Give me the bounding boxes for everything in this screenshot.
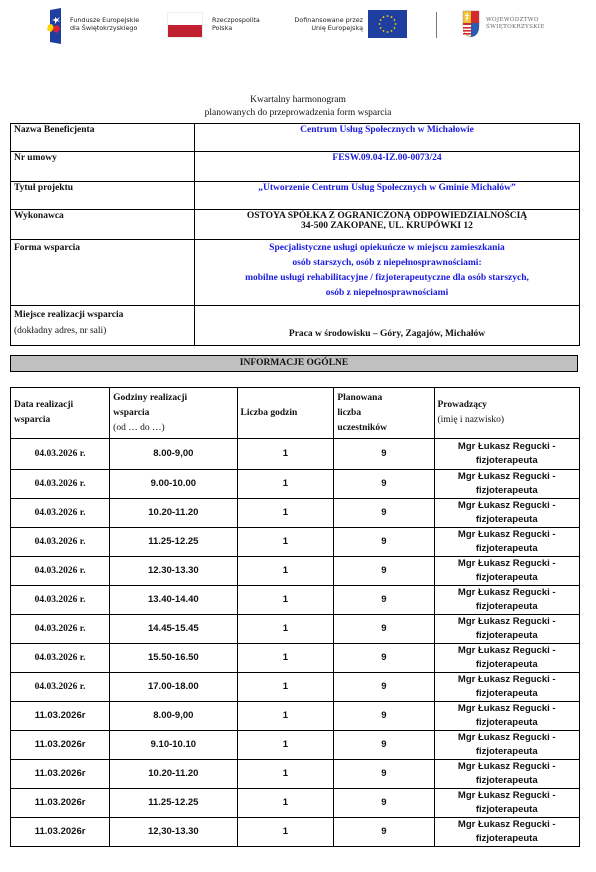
logo-line: ŚWIĘTOKRZYSKIE — [486, 24, 545, 31]
leader-line: Mgr Łukasz Regucki - — [437, 440, 578, 454]
header-line: (imię i nazwisko) — [438, 413, 577, 428]
info-row-contract: Nr umowy FESW.09.04-IZ.00-0073/24 — [11, 152, 580, 182]
participant-count: 9 — [334, 557, 434, 586]
title-line-1: Kwartalny harmonogram — [0, 94, 596, 107]
contractor: OSTOYA SPÓŁKA Z OGRANICZONĄ ODPOWIEDZIAL… — [195, 210, 580, 240]
session-date: 04.03.2026 r. — [11, 439, 110, 470]
session-hours: 12.30-13.30 — [110, 557, 237, 586]
leader-line: fizjoterapeuta — [437, 629, 578, 643]
leader-line: fizjoterapeuta — [437, 600, 578, 614]
session-date: 11.03.2026r — [11, 760, 110, 789]
leader-line: Mgr Łukasz Regucki - — [437, 586, 578, 600]
leader-line: fizjoterapeuta — [437, 484, 578, 498]
table-row: 04.03.2026 r.14.45-15.4519Mgr Łukasz Reg… — [11, 615, 580, 644]
session-leader: Mgr Łukasz Regucki -fizjoterapeuta — [434, 470, 580, 499]
session-leader: Mgr Łukasz Regucki -fizjoterapeuta — [434, 789, 580, 818]
session-leader: Mgr Łukasz Regucki -fizjoterapeuta — [434, 499, 580, 528]
header-line: Godziny realizacji — [113, 391, 233, 406]
participant-count: 9 — [334, 789, 434, 818]
header-line: uczestników — [337, 421, 430, 436]
leader-line: fizjoterapeuta — [437, 571, 578, 585]
session-leader: Mgr Łukasz Regucki -fizjoterapeuta — [434, 439, 580, 470]
contractor-address: 34-500 ZAKOPANE, UL. KRUPÓWKI 12 — [198, 221, 576, 231]
header-line: Planowana — [337, 391, 430, 406]
leader-line: Mgr Łukasz Regucki - — [437, 789, 578, 803]
leader-line: fizjoterapeuta — [437, 542, 578, 556]
table-row: 11.03.2026r9.10-10.1019Mgr Łukasz Reguck… — [11, 731, 580, 760]
logo-line: Dofinansowane przez — [283, 16, 363, 24]
leader-line: Mgr Łukasz Regucki - — [437, 528, 578, 542]
leader-line: Mgr Łukasz Regucki - — [437, 731, 578, 745]
session-hours: 15.50-16.50 — [110, 644, 237, 673]
participant-count: 9 — [334, 586, 434, 615]
session-leader: Mgr Łukasz Regucki -fizjoterapeuta — [434, 644, 580, 673]
header-participants: Planowana liczba uczestników — [334, 388, 434, 439]
participant-count: 9 — [334, 702, 434, 731]
hour-count: 1 — [237, 439, 334, 470]
leader-line: fizjoterapeuta — [437, 803, 578, 817]
fundusze-europejskie-text: Fundusze Europejskie dla Świętokrzyskieg… — [70, 16, 139, 32]
table-row: 04.03.2026 r.10.20-11.2019Mgr Łukasz Reg… — [11, 499, 580, 528]
session-date: 04.03.2026 r. — [11, 499, 110, 528]
participant-count: 9 — [334, 499, 434, 528]
header-line: Data realizacji — [14, 398, 106, 413]
header-leader: Prowadzący (imię i nazwisko) — [434, 388, 580, 439]
info-label: Nr umowy — [11, 152, 195, 182]
session-date: 11.03.2026r — [11, 789, 110, 818]
logo-divider — [436, 12, 437, 38]
info-label: Forma wsparcia — [11, 240, 195, 306]
logo-line: Rzeczpospolita — [212, 16, 260, 24]
wojewodztwo-text: WOJEWÓDZTWO ŚWIĘTOKRZYSKIE — [486, 17, 545, 31]
participant-count: 9 — [334, 673, 434, 702]
session-hours: 14.45-15.45 — [110, 615, 237, 644]
table-row: 04.03.2026 r.11.25-12.2519Mgr Łukasz Reg… — [11, 528, 580, 557]
hour-count: 1 — [237, 499, 334, 528]
section-general-info: INFORMACJE OGÓLNE — [10, 355, 578, 372]
hour-count: 1 — [237, 470, 334, 499]
participant-count: 9 — [334, 731, 434, 760]
header-line: wsparcia — [113, 406, 233, 421]
info-row-support-form: Forma wsparcia Specjalistyczne usługi op… — [11, 240, 580, 306]
participant-count: 9 — [334, 760, 434, 789]
session-hours: 8.00-9,00 — [110, 439, 237, 470]
logo-line: WOJEWÓDZTWO — [486, 17, 545, 24]
schedule-header-row: Data realizacji wsparcia Godziny realiza… — [11, 388, 580, 439]
session-date: 04.03.2026 r. — [11, 528, 110, 557]
info-label: Wykonawca — [11, 210, 195, 240]
session-date: 04.03.2026 r. — [11, 557, 110, 586]
hour-count: 1 — [237, 789, 334, 818]
table-row: 04.03.2026 r.13.40-14.4019Mgr Łukasz Reg… — [11, 586, 580, 615]
session-leader: Mgr Łukasz Regucki -fizjoterapeuta — [434, 586, 580, 615]
logo-line: Polska — [212, 24, 260, 32]
hour-count: 1 — [237, 760, 334, 789]
session-hours: 17.00-18.00 — [110, 673, 237, 702]
table-row: 04.03.2026 r.17.00-18.0019Mgr Łukasz Reg… — [11, 673, 580, 702]
session-leader: Mgr Łukasz Regucki -fizjoterapeuta — [434, 615, 580, 644]
support-form-line: osób z niepełnosprawnościami — [198, 286, 576, 301]
header-line: Liczba godzin — [241, 406, 331, 421]
info-row-beneficiary: Nazwa Beneficjenta Centrum Usług Społecz… — [11, 124, 580, 152]
session-date: 04.03.2026 r. — [11, 470, 110, 499]
schedule-body: 04.03.2026 r.8.00-9,0019Mgr Łukasz Reguc… — [11, 439, 580, 847]
session-date: 11.03.2026r — [11, 731, 110, 760]
participant-count: 9 — [334, 439, 434, 470]
participant-count: 9 — [334, 528, 434, 557]
table-row: 04.03.2026 r.8.00-9,0019Mgr Łukasz Reguc… — [11, 439, 580, 470]
header-line: (od … do …) — [113, 421, 233, 436]
session-date: 04.03.2026 r. — [11, 615, 110, 644]
session-hours: 12,30-13.30 — [110, 818, 237, 847]
session-hours: 10.20-11.20 — [110, 499, 237, 528]
hour-count: 1 — [237, 557, 334, 586]
session-date: 04.03.2026 r. — [11, 644, 110, 673]
title-line-2: planowanych do przeprowadzenia form wspa… — [0, 107, 596, 120]
table-row: 04.03.2026 r.12.30-13.3019Mgr Łukasz Reg… — [11, 557, 580, 586]
session-leader: Mgr Łukasz Regucki -fizjoterapeuta — [434, 818, 580, 847]
session-date: 04.03.2026 r. — [11, 586, 110, 615]
leader-line: Mgr Łukasz Regucki - — [437, 499, 578, 513]
logo-bar: Fundusze Europejskie dla Świętokrzyskieg… — [0, 0, 596, 48]
table-row: 11.03.2026r11.25-12.2519Mgr Łukasz Reguc… — [11, 789, 580, 818]
header-hours: Godziny realizacji wsparcia (od … do …) — [110, 388, 237, 439]
schedule-table: Data realizacji wsparcia Godziny realiza… — [10, 387, 580, 847]
logo-line: Fundusze Europejskie — [70, 16, 139, 24]
hour-count: 1 — [237, 644, 334, 673]
fundusze-europejskie-logo-icon — [47, 8, 63, 44]
project-title: „Utworzenie Centrum Usług Społecznych w … — [195, 182, 580, 210]
leader-line: Mgr Łukasz Regucki - — [437, 644, 578, 658]
session-leader: Mgr Łukasz Regucki -fizjoterapeuta — [434, 760, 580, 789]
beneficiary-name: Centrum Usług Społecznych w Michałowie — [195, 124, 580, 152]
table-row: 11.03.2026r8.00-9,0019Mgr Łukasz Regucki… — [11, 702, 580, 731]
info-row-location: Miejsce realizacji wsparcia (dokładny ad… — [11, 306, 580, 346]
leader-line: fizjoterapeuta — [437, 687, 578, 701]
support-form: Specjalistyczne usługi opiekuńcze w miej… — [195, 240, 580, 306]
table-row: 04.03.2026 r.9.00-10.0019Mgr Łukasz Regu… — [11, 470, 580, 499]
info-label: Nazwa Beneficjenta — [11, 124, 195, 152]
session-hours: 9.10-10.10 — [110, 731, 237, 760]
swietokrzyskie-crest-icon — [462, 10, 480, 38]
logo-line: dla Świętokrzyskiego — [70, 24, 139, 32]
leader-line: Mgr Łukasz Regucki - — [437, 760, 578, 774]
leader-line: Mgr Łukasz Regucki - — [437, 615, 578, 629]
support-location: Praca w środowisku – Góry, Zagajów, Mich… — [195, 306, 580, 346]
session-hours: 11.25-12.25 — [110, 528, 237, 557]
leader-line: fizjoterapeuta — [437, 658, 578, 672]
participant-count: 9 — [334, 644, 434, 673]
info-row-project-title: Tytuł projektu „Utworzenie Centrum Usług… — [11, 182, 580, 210]
leader-line: Mgr Łukasz Regucki - — [437, 673, 578, 687]
beneficiary-info-table: Nazwa Beneficjenta Centrum Usług Społecz… — [10, 123, 580, 346]
table-row: 04.03.2026 r.15.50-16.5019Mgr Łukasz Reg… — [11, 644, 580, 673]
support-form-line: mobilne usługi rehabilitacyjne / fizjote… — [198, 271, 576, 286]
leader-line: Mgr Łukasz Regucki - — [437, 818, 578, 832]
table-row: 11.03.2026r10.20-11.2019Mgr Łukasz Reguc… — [11, 760, 580, 789]
support-form-line: Specjalistyczne usługi opiekuńcze w miej… — [198, 241, 576, 256]
leader-line: Mgr Łukasz Regucki - — [437, 470, 578, 484]
logo-line: Unię Europejską — [283, 24, 363, 32]
leader-line: Mgr Łukasz Regucki - — [437, 702, 578, 716]
session-leader: Mgr Łukasz Regucki -fizjoterapeuta — [434, 702, 580, 731]
header-line: liczba — [337, 406, 430, 421]
hour-count: 1 — [237, 528, 334, 557]
leader-line: fizjoterapeuta — [437, 716, 578, 730]
document-title: Kwartalny harmonogram planowanych do prz… — [0, 94, 596, 120]
session-date: 04.03.2026 r. — [11, 673, 110, 702]
support-form-line: osób starszych, osób z niepełnosprawnośc… — [198, 256, 576, 271]
leader-line: fizjoterapeuta — [437, 513, 578, 527]
info-label: Miejsce realizacji wsparcia (dokładny ad… — [11, 306, 195, 346]
header-date: Data realizacji wsparcia — [11, 388, 110, 439]
hour-count: 1 — [237, 673, 334, 702]
session-hours: 8.00-9,00 — [110, 702, 237, 731]
hour-count: 1 — [237, 818, 334, 847]
contract-number: FESW.09.04-IZ.00-0073/24 — [195, 152, 580, 182]
leader-line: fizjoterapeuta — [437, 832, 578, 846]
session-hours: 10.20-11.20 — [110, 760, 237, 789]
header-line: wsparcia — [14, 413, 106, 428]
session-hours: 13.40-14.40 — [110, 586, 237, 615]
eu-cofunding-text: Dofinansowane przez Unię Europejską — [283, 16, 363, 32]
session-date: 11.03.2026r — [11, 702, 110, 731]
polish-flag-icon — [167, 12, 203, 38]
hour-count: 1 — [237, 702, 334, 731]
contractor-name: OSTOYA SPÓŁKA Z OGRANICZONĄ ODPOWIEDZIAL… — [198, 211, 576, 221]
leader-line: fizjoterapeuta — [437, 774, 578, 788]
session-hours: 9.00-10.00 — [110, 470, 237, 499]
session-date: 11.03.2026r — [11, 818, 110, 847]
session-hours: 11.25-12.25 — [110, 789, 237, 818]
info-label-line: (dokładny adres, nr sali) — [14, 323, 191, 339]
session-leader: Mgr Łukasz Regucki -fizjoterapeuta — [434, 528, 580, 557]
table-row: 11.03.2026r12,30-13.3019Mgr Łukasz Reguc… — [11, 818, 580, 847]
leader-line: Mgr Łukasz Regucki - — [437, 557, 578, 571]
session-leader: Mgr Łukasz Regucki -fizjoterapeuta — [434, 673, 580, 702]
hour-count: 1 — [237, 586, 334, 615]
participant-count: 9 — [334, 470, 434, 499]
hour-count: 1 — [237, 615, 334, 644]
session-leader: Mgr Łukasz Regucki -fizjoterapeuta — [434, 557, 580, 586]
hour-count: 1 — [237, 731, 334, 760]
info-label-line: Miejsce realizacji wsparcia — [14, 307, 191, 323]
info-label: Tytuł projektu — [11, 182, 195, 210]
info-row-contractor: Wykonawca OSTOYA SPÓŁKA Z OGRANICZONĄ OD… — [11, 210, 580, 240]
participant-count: 9 — [334, 615, 434, 644]
participant-count: 9 — [334, 818, 434, 847]
session-leader: Mgr Łukasz Regucki -fizjoterapeuta — [434, 731, 580, 760]
leader-line: fizjoterapeuta — [437, 745, 578, 759]
leader-line: fizjoterapeuta — [437, 454, 578, 468]
rzeczpospolita-text: Rzeczpospolita Polska — [212, 16, 260, 32]
header-hour-count: Liczba godzin — [237, 388, 334, 439]
eu-flag-icon — [368, 10, 407, 38]
header-line: Prowadzący — [438, 398, 577, 413]
